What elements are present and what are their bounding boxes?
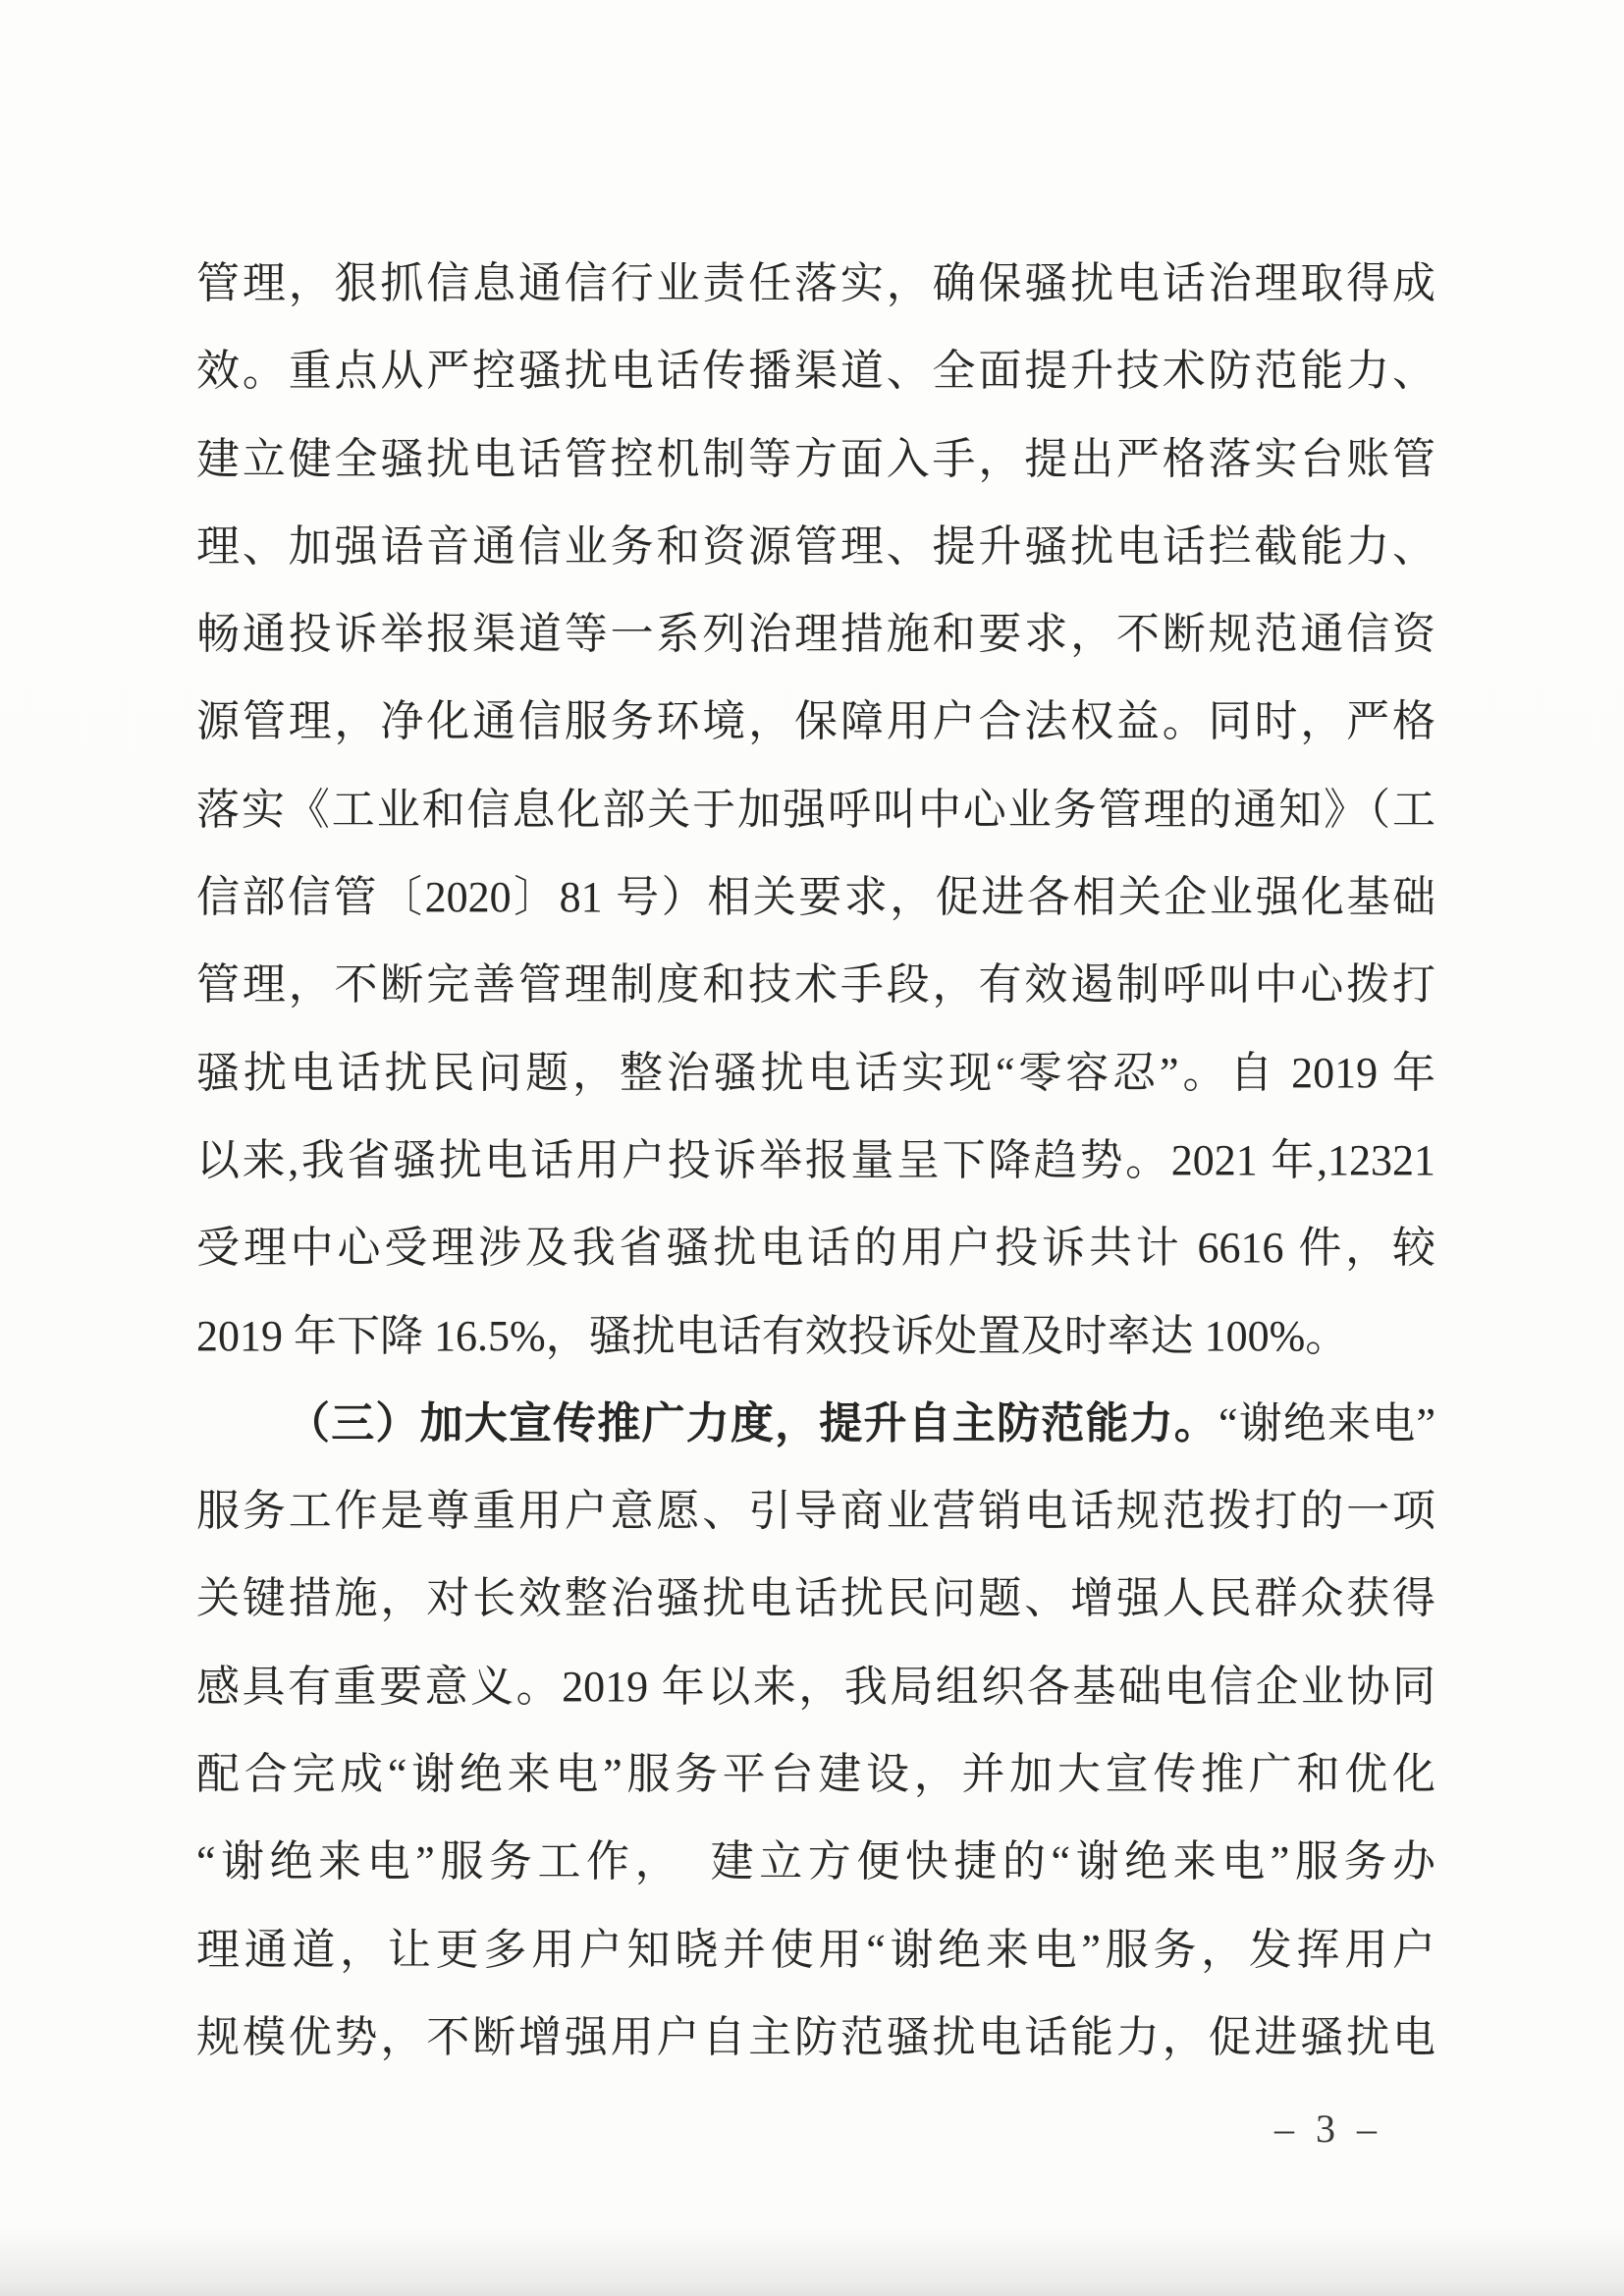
text-line: 效。重点从严控骚扰电话传播渠道、全面提升技术防范能力、 xyxy=(196,327,1435,414)
text-line: 2019 年下降 16.5%，骚扰电话有效投诉处置及时率达 100%。 xyxy=(196,1292,1435,1380)
text-line: 以来,我省骚扰电话用户投诉举报量呈下降趋势。2021 年,12321 xyxy=(196,1117,1435,1204)
text-line: “谢绝来电”服务工作， 建立方便快捷的“谢绝来电”服务办 xyxy=(196,1818,1435,1905)
text-line: 畅通投诉举报渠道等一系列治理措施和要求，不断规范通信资 xyxy=(196,590,1435,678)
text-line: 服务工作是尊重用户意愿、引导商业营销电话规范拨打的一项 xyxy=(196,1467,1435,1555)
text-line: 落实《工业和信息化部关于加强呼叫中心业务管理的通知》（工 xyxy=(196,766,1435,853)
text-line-section-heading: （三）加大宣传推广力度，提升自主防范能力。“谢绝来电” xyxy=(196,1380,1435,1467)
text-line: 受理中心受理涉及我省骚扰电话的用户投诉共计 6616 件，较 xyxy=(196,1204,1435,1291)
text-line: 理、加强语音通信业务和资源管理、提升骚扰电话拦截能力、 xyxy=(196,503,1435,590)
text-line: 源管理，净化通信服务环境，保障用户合法权益。同时，严格 xyxy=(196,678,1435,765)
text-line: 感具有重要意义。2019 年以来，我局组织各基础电信企业协同 xyxy=(196,1643,1435,1730)
text-line: 管理，不断完善管理制度和技术手段，有效遏制呼叫中心拨打 xyxy=(196,941,1435,1028)
text-line: 配合完成“谢绝来电”服务平台建设，并加大宣传推广和优化 xyxy=(196,1730,1435,1818)
section-heading-bold: （三）加大宣传推广力度，提升自主防范能力。 xyxy=(287,1399,1218,1448)
text-line: 骚扰电话扰民问题，整治骚扰电话实现“零容忍”。自 2019 年 xyxy=(196,1029,1435,1117)
document-page: 管理，狠抓信息通信行业责任落实，确保骚扰电话治理取得成 效。重点从严控骚扰电话传… xyxy=(0,0,1624,2296)
text-line: 规模优势，不断增强用户自主防范骚扰电话能力，促进骚扰电 xyxy=(196,1994,1435,2081)
text-line: 建立健全骚扰电话管控机制等方面入手，提出严格落实台账管 xyxy=(196,415,1435,503)
text-line: 理通道，让更多用户知晓并使用“谢绝来电”服务，发挥用户 xyxy=(196,1906,1435,1994)
text-line: 管理，狠抓信息通信行业责任落实，确保骚扰电话治理取得成 xyxy=(196,240,1435,327)
document-body: 管理，狠抓信息通信行业责任落实，确保骚扰电话治理取得成 效。重点从严控骚扰电话传… xyxy=(196,240,1435,2081)
text-line: 信部信管〔2020〕81 号）相关要求，促进各相关企业强化基础 xyxy=(196,853,1435,941)
section-heading-rest: “谢绝来电” xyxy=(1218,1399,1435,1448)
text-line: 关键措施，对长效整治骚扰电话扰民问题、增强人民群众获得 xyxy=(196,1555,1435,1642)
page-number: – 3 – xyxy=(1274,2107,1382,2151)
